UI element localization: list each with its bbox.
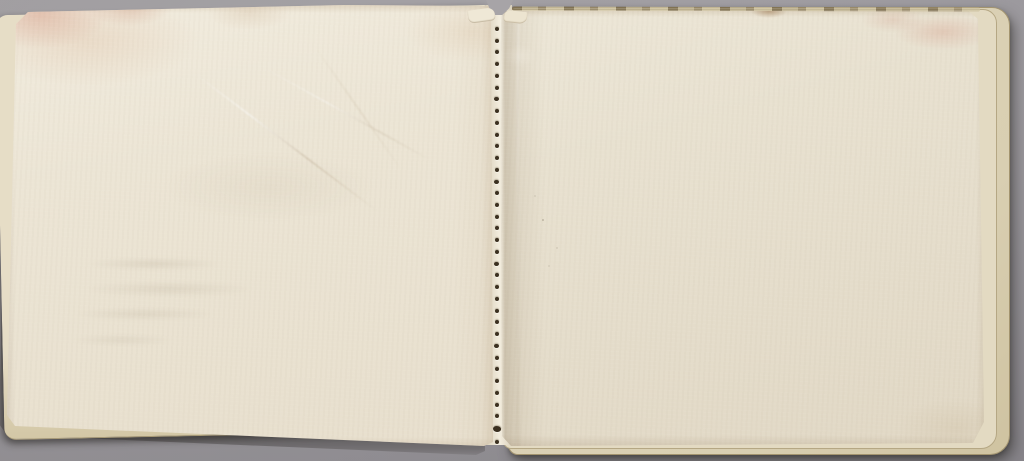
- binding-hole: [495, 27, 499, 31]
- binding-hole: [495, 391, 499, 395]
- binding-hole: [495, 39, 499, 43]
- left-page: [4, 2, 496, 450]
- binding-hole: [495, 440, 499, 444]
- binding-hole: [495, 74, 499, 78]
- binding-hole: [495, 309, 499, 313]
- binding-hole: [494, 262, 499, 266]
- binding-hole: [495, 50, 499, 54]
- binding-hole: [495, 168, 499, 172]
- binding-holes: [490, 27, 503, 444]
- binding-hole: [495, 367, 499, 371]
- binding-hole: [495, 379, 499, 383]
- binding-hole: [495, 133, 499, 137]
- right-page: [497, 8, 987, 450]
- paper-texture: [4, 2, 496, 450]
- binding-hole: [495, 297, 499, 301]
- binding-hole: [495, 332, 499, 336]
- binding-hole: [494, 97, 499, 101]
- binding-hole: [495, 215, 499, 219]
- binding-hole: [495, 285, 499, 289]
- photograph-background: [0, 0, 1024, 461]
- binding-hole: [495, 121, 499, 125]
- binding-hole: [495, 356, 499, 360]
- binding-hole: [495, 156, 499, 160]
- binding-hole: [495, 238, 499, 242]
- binding-hole: [494, 344, 499, 348]
- binding-hole: [495, 414, 499, 418]
- binding-hole: [495, 109, 499, 113]
- torn-paper-chip: [503, 10, 527, 24]
- binding-hole: [495, 62, 499, 66]
- binding-hole: [494, 180, 499, 184]
- binding-hole: [495, 191, 499, 195]
- binding-hole: [492, 425, 501, 433]
- binding-hole: [495, 144, 499, 148]
- binding-hole: [495, 203, 499, 207]
- paper-texture: [497, 8, 987, 450]
- binding-hole: [495, 320, 499, 324]
- binding-hole: [495, 226, 499, 230]
- binding-hole: [495, 403, 499, 407]
- binding-hole: [495, 250, 499, 254]
- binding-hole: [495, 273, 499, 277]
- binding-hole: [495, 86, 499, 90]
